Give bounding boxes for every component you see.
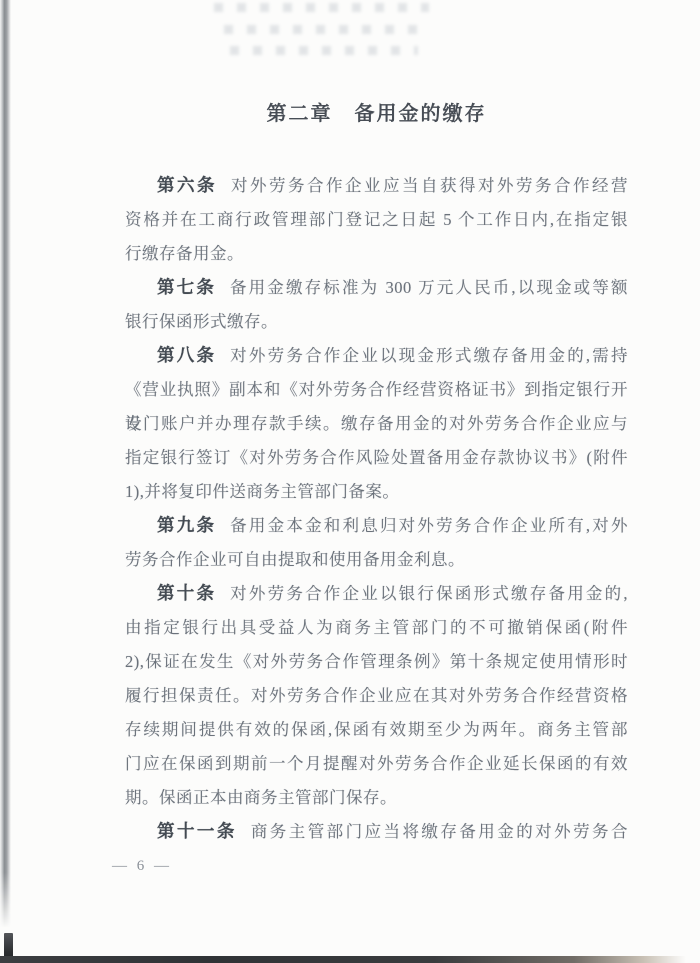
- scanned-document-page: 第二章 备用金的缴存 第六条对外劳务合作企业应当自获得对外劳务合作经营 资格并在…: [0, 0, 700, 963]
- article-label: 第十条: [157, 583, 216, 603]
- line-text: 履行担保责任。对外劳务合作企业应在其对外劳务合作经营资格: [125, 686, 628, 705]
- bleed-through-marks: [224, 25, 420, 34]
- line-text: 期。保函正本由商务主管部门保存。: [125, 788, 397, 807]
- line-text: 由指定银行出具受益人为商务主管部门的不可撤销保函(附件: [125, 618, 628, 637]
- scan-bottom-edge-shadow: [0, 956, 700, 963]
- scan-left-edge-shadow: [0, 0, 11, 928]
- document-line: 履行担保责任。对外劳务合作企业应在其对外劳务合作经营资格: [125, 678, 628, 712]
- document-line: 《营业执照》副本和《对外劳务合作经营资格证书》到指定银行开设: [125, 372, 628, 406]
- line-text: 资格并在工商行政管理部门登记之日起 5 个工作日内,在指定银: [125, 210, 628, 229]
- document-line: 银行保函形式缴存。: [125, 304, 628, 338]
- document-line: 门应在保函到期前一个月提醒对外劳务合作企业延长保函的有效: [125, 746, 628, 780]
- line-text: 劳务合作企业可自由提取和使用备用金利息。: [125, 550, 465, 569]
- document-line: 由指定银行出具受益人为商务主管部门的不可撤销保函(附件: [125, 610, 628, 644]
- line-text: 1),并将复印件送商务主管部门备案。: [125, 482, 399, 501]
- article-label: 第七条: [157, 277, 216, 297]
- article-label: 第八条: [157, 345, 216, 365]
- document-line: 劳务合作企业可自由提取和使用备用金利息。: [125, 542, 628, 576]
- bleed-through-marks: [230, 46, 418, 55]
- page-number: — 6 —: [112, 855, 172, 877]
- line-text: 对外劳务合作企业以银行保函形式缴存备用金的,: [230, 584, 628, 603]
- document-body: 第六条对外劳务合作企业应当自获得对外劳务合作经营 资格并在工商行政管理部门登记之…: [125, 168, 628, 848]
- document-line: 2),保证在发生《对外劳务合作管理条例》第十条规定使用情形时: [125, 644, 628, 678]
- line-text: 存续期间提供有效的保函,保函有效期至少为两年。商务主管部: [125, 720, 628, 739]
- line-text: 对外劳务合作企业以现金形式缴存备用金的,需持: [230, 346, 628, 365]
- line-text: 专门账户并办理存款手续。缴存备用金的对外劳务合作企业应与: [125, 414, 628, 433]
- document-line: 第九条备用金本金和利息归对外劳务合作企业所有,对外: [125, 508, 628, 542]
- article-label: 第十一条: [157, 821, 237, 841]
- line-text: 银行保函形式缴存。: [125, 312, 278, 331]
- document-line: 第七条备用金缴存标准为 300 万元人民币,以现金或等额: [125, 270, 628, 304]
- document-line: 期。保函正本由商务主管部门保存。: [125, 780, 628, 814]
- document-line: 专门账户并办理存款手续。缴存备用金的对外劳务合作企业应与: [125, 406, 628, 440]
- document-line: 第六条对外劳务合作企业应当自获得对外劳务合作经营: [125, 168, 628, 202]
- line-text: 2),保证在发生《对外劳务合作管理条例》第十条规定使用情形时: [125, 652, 628, 671]
- document-line: 第十条对外劳务合作企业以银行保函形式缴存备用金的,: [125, 576, 628, 610]
- chapter-heading: 第二章 备用金的缴存: [125, 100, 628, 128]
- line-text: 备用金缴存标准为 300 万元人民币,以现金或等额: [230, 278, 628, 297]
- article-label: 第六条: [157, 175, 217, 195]
- document-line: 1),并将复印件送商务主管部门备案。: [125, 474, 628, 508]
- document-line: 资格并在工商行政管理部门登记之日起 5 个工作日内,在指定银: [125, 202, 628, 236]
- line-text: 备用金本金和利息归对外劳务合作企业所有,对外: [230, 516, 628, 535]
- line-text: 指定银行签订《对外劳务合作风险处置备用金存款协议书》(附件: [125, 448, 628, 467]
- line-text: 商务主管部门应当将缴存备用金的对外劳务合: [251, 822, 628, 841]
- line-text: 门应在保函到期前一个月提醒对外劳务合作企业延长保函的有效: [125, 754, 628, 773]
- article-label: 第九条: [157, 515, 216, 535]
- document-line: 行缴存备用金。: [125, 236, 628, 270]
- document-line: 第八条对外劳务合作企业以现金形式缴存备用金的,需持: [125, 338, 628, 372]
- document-line: 指定银行签订《对外劳务合作风险处置备用金存款协议书》(附件: [125, 440, 628, 474]
- line-text: 行缴存备用金。: [125, 244, 244, 263]
- line-text: 对外劳务合作企业应当自获得对外劳务合作经营: [231, 176, 628, 195]
- bleed-through-marks: [214, 3, 429, 12]
- document-line: 存续期间提供有效的保函,保函有效期至少为两年。商务主管部: [125, 712, 628, 746]
- document-line: 第十一条商务主管部门应当将缴存备用金的对外劳务合: [125, 814, 628, 848]
